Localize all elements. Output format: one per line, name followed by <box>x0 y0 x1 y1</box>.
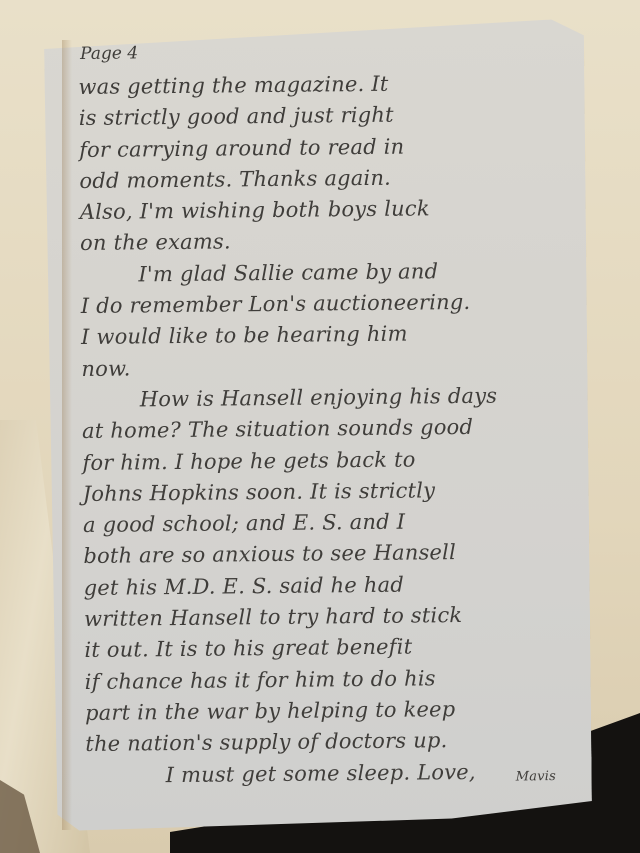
letter-line: part in the war by helping to keep <box>85 693 585 730</box>
letter-line: for carrying around to read in <box>79 129 579 166</box>
page-label: Page 4 <box>80 37 578 66</box>
letter-line: if chance has it for him to do his <box>85 661 585 698</box>
letter-line: was getting the magazine. It <box>78 67 578 104</box>
letter-line: written Hansell to try hard to stick <box>84 599 584 636</box>
letter-line: is strictly good and just right <box>79 98 579 135</box>
letter-line: a good school; and E. S. and I <box>83 505 583 542</box>
letter-line: odd moments. Thanks again. <box>79 161 579 198</box>
letter-line: Johns Hopkins soon. It is strictly <box>83 474 583 511</box>
letter-line: at home? The situation sounds good <box>82 411 582 448</box>
letter-line: I'm glad Sallie came by and <box>80 255 580 292</box>
letter-line: I would like to be hearing him <box>81 317 581 354</box>
letter-line: for him. I hope he gets back to <box>82 442 582 479</box>
handwritten-letter: Page 4 was getting the magazine. It is s… <box>78 37 586 792</box>
sheet-fold-shadow <box>62 40 72 830</box>
closing-line: I must get some sleep. Love, Mavis <box>86 755 586 792</box>
letter-line: on the exams. <box>80 223 580 260</box>
closing-text: I must get some sleep. Love, <box>166 759 476 786</box>
letter-line: now. <box>81 348 581 385</box>
letter-line: get his M.D. E. S. said he had <box>84 567 584 604</box>
letter-line: both are so anxious to see Hansell <box>83 536 583 573</box>
letter-line: the nation's supply of doctors up. <box>85 724 585 761</box>
letter-line: it out. It is to his great benefit <box>84 630 584 667</box>
signature: Mavis <box>516 770 556 784</box>
letter-line: How is Hansell enjoying his days <box>82 380 582 417</box>
letter-line: I do remember Lon's auctioneering. <box>81 286 581 323</box>
letter-line: Also, I'm wishing both boys luck <box>80 192 580 229</box>
